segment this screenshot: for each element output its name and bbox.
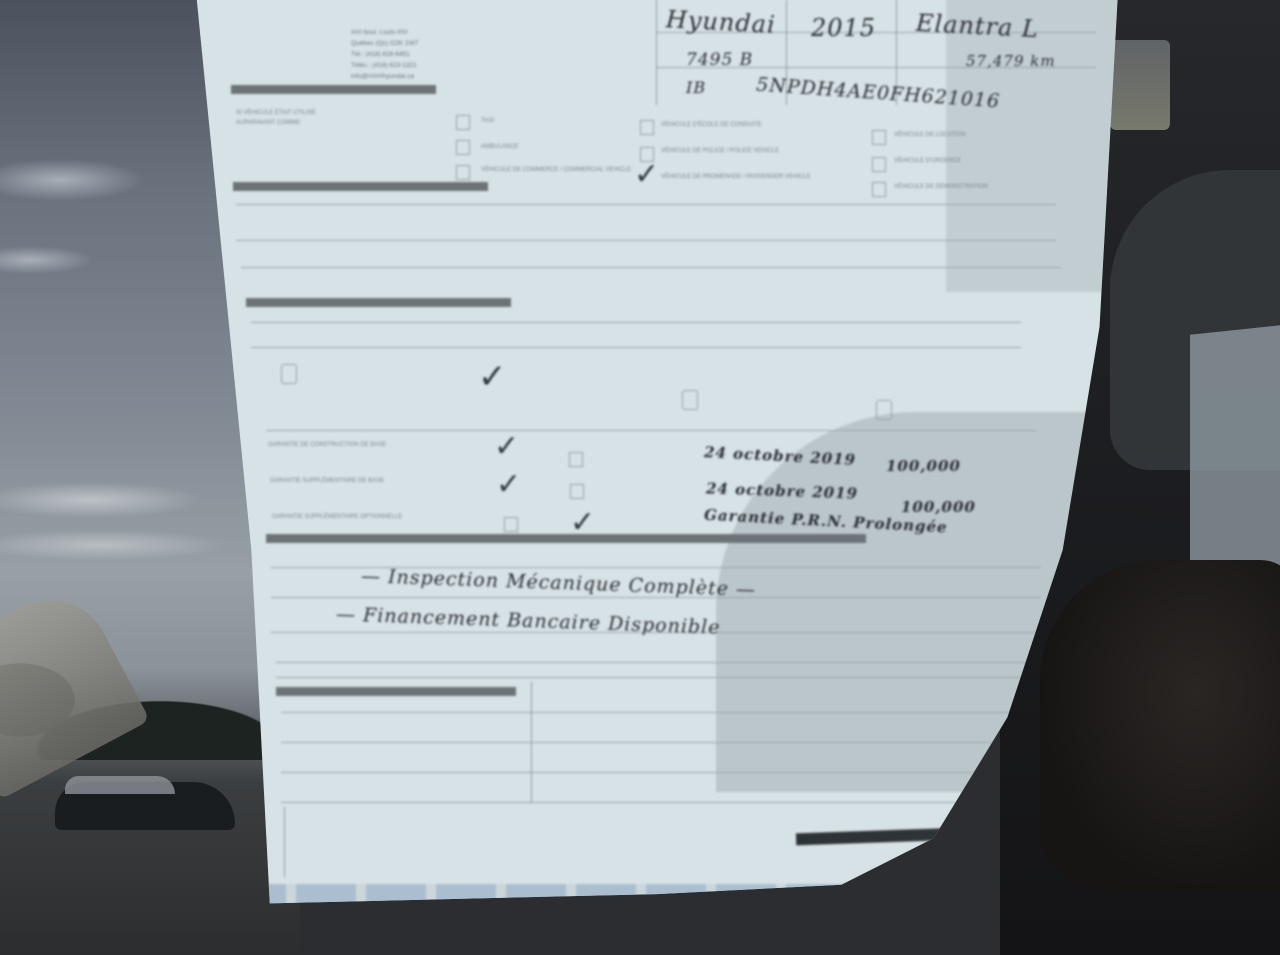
remark-inspection: — Inspection Mécanique Complète — xyxy=(361,565,757,601)
parked-car-reflection xyxy=(55,782,235,830)
stock-number: 7495 B xyxy=(686,50,753,70)
check-category-b: ✓ xyxy=(478,360,507,394)
check-passenger-vehicle: ✓ xyxy=(634,160,659,190)
form-footer-strip xyxy=(256,884,936,920)
rear-window xyxy=(1110,40,1170,130)
hand-reflection xyxy=(1040,560,1280,890)
remark-financing: — Financement Bancaire Disponible xyxy=(336,603,721,638)
photo-scene: ### boul. Louis-XIV Québec (Qc) G2K 1W7 … xyxy=(0,0,1280,955)
document-reflection xyxy=(1190,325,1280,584)
dealer-address: ### boul. Louis-XIV Québec (Qc) G2K 1W7 … xyxy=(351,27,418,82)
odometer-km: 57,479 km xyxy=(966,52,1056,70)
warranty-2-km: 100,000 xyxy=(901,498,976,516)
vehicle-info-form: ### boul. Louis-XIV Québec (Qc) G2K 1W7 … xyxy=(196,0,1118,922)
vehicle-make: Hyundai xyxy=(665,5,776,39)
check-warranty-1-yes: ✓ xyxy=(494,432,519,462)
vin-label: IB xyxy=(686,78,706,97)
check-warranty-3-no: ✓ xyxy=(570,508,595,538)
warranty-1-km: 100,000 xyxy=(886,457,961,475)
vehicle-year: 2015 xyxy=(811,14,876,42)
vehicle-model: Elantra L xyxy=(915,9,1039,43)
check-warranty-2-yes: ✓ xyxy=(496,470,521,500)
